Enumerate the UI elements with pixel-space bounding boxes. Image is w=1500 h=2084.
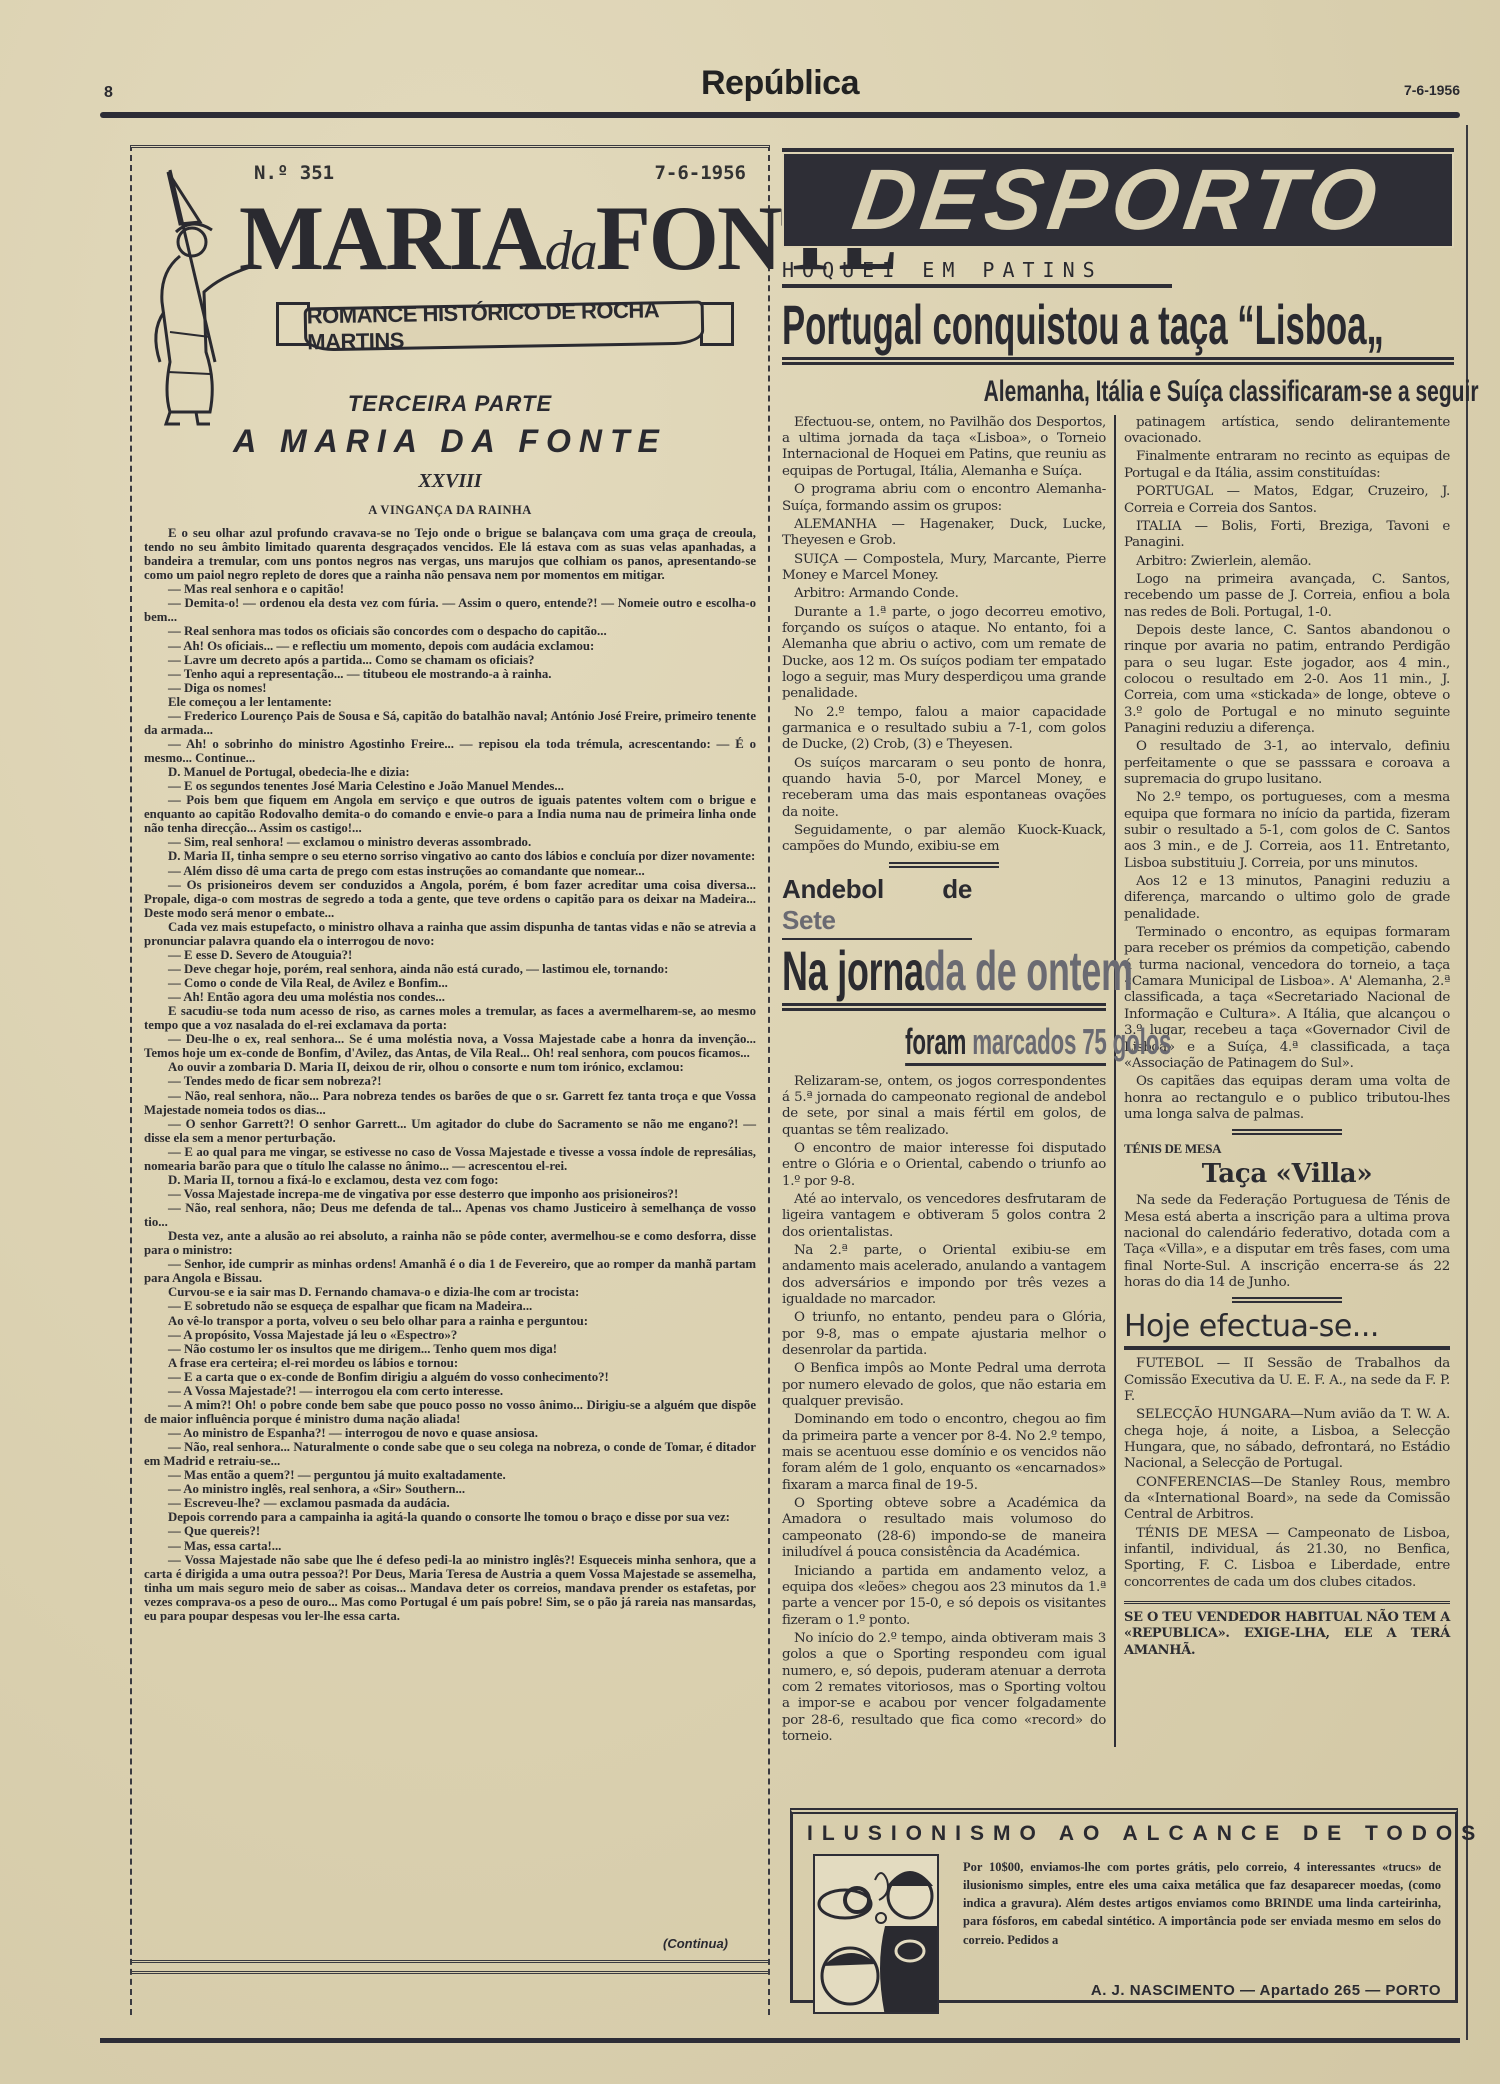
- serial-paragraph: — A mim?! Oh! o pobre conde bem sabe que…: [144, 1398, 756, 1426]
- ad-title: ILUSIONISMO AO ALCANCE DE TODOS: [807, 1822, 1441, 1846]
- serial-paragraph: — Ao ministro inglês, real senhora, a «S…: [144, 1482, 756, 1496]
- handball-paragraph: Iniciando a partida em andamento veloz, …: [782, 1564, 1106, 1629]
- serial-paragraph: — Não costumo ler os insultos que me dir…: [144, 1342, 756, 1356]
- hockey-paragraph: Efectuou-se, ontem, no Pavilhão dos Desp…: [782, 415, 1106, 480]
- serial-paragraph: Desta vez, ante a alusão ao rei absoluto…: [144, 1229, 756, 1257]
- hockey-paragraph: Durante a 1.ª parte, o jogo decorreu emo…: [782, 605, 1106, 703]
- hockey-paragraph: O programa abriu com o encontro Alemanha…: [782, 482, 1106, 515]
- serial-paragraph: — Ao ministro de Espanha?! — interrogou …: [144, 1426, 756, 1440]
- continua-label: (Continua): [663, 1936, 728, 1951]
- masthead-date: 7-6-1956: [1404, 82, 1460, 98]
- hockey-paragraph: Logo na primeira avançada, C. Santos, re…: [1124, 572, 1450, 621]
- sports-column-right: patinagem artística, sendo delirantement…: [1116, 415, 1450, 1747]
- handball-paragraph: Relizaram-se, ontem, os jogos correspond…: [782, 1074, 1106, 1139]
- serial-paragraph: — E esse D. Severo de Atouguia?!: [144, 948, 756, 962]
- serial-paragraph: — Vossa Majestade increpa-me de vingativ…: [144, 1187, 756, 1201]
- serial-novel: N.º 351 7-6-1956 MARIAdaFONTE ROMANCE HI…: [130, 145, 770, 2015]
- serial-paragraph: — Que quereis?!: [144, 1524, 756, 1538]
- sports-columns: Efectuou-se, ontem, no Pavilhão dos Desp…: [782, 415, 1454, 1747]
- table-tennis-kicker: TÉNIS DE MESA: [1124, 1141, 1450, 1157]
- hockey-paragraph: Terminado o encontro, as equipas formara…: [1124, 925, 1450, 1072]
- page-edge-rule: [1466, 125, 1468, 2040]
- today-item: CONFERENCIAS—De Stanley Rous, membro da …: [1124, 1475, 1450, 1524]
- serial-paragraph: — Os prisioneiros devem ser conduzidos a…: [144, 878, 756, 920]
- ad-body: Por 10$00, enviamos-lhe com portes gráti…: [963, 1858, 1441, 1949]
- handball-paragraph: O triunfo, no entanto, pendeu para o Gló…: [782, 1310, 1106, 1359]
- hockey-article-part2: patinagem artística, sendo delirantement…: [1124, 415, 1450, 1123]
- hockey-paragraph: Aos 12 e 13 minutos, Panagini reduziu a …: [1124, 874, 1450, 923]
- hockey-paragraph: Seguidamente, o par alemão Kuock-Kuack, …: [782, 823, 1106, 856]
- handball-paragraph: Dominando em todo o encontro, chegou ao …: [782, 1412, 1106, 1494]
- serial-paragraph: — Pois bem que fiquem em Angola em servi…: [144, 793, 756, 835]
- hockey-paragraph: No 2.º tempo, falou a maior capacidade g…: [782, 705, 1106, 754]
- masthead-rule: [100, 112, 1460, 118]
- serial-paragraph: E sacudiu-se toda num acesso de riso, as…: [144, 1004, 756, 1032]
- serial-paragraph: — Vossa Majestade não sabe que lhe é def…: [144, 1553, 756, 1623]
- hockey-paragraph: patinagem artística, sendo delirantement…: [1124, 415, 1450, 448]
- issue-date: 7-6-1956: [654, 162, 746, 184]
- hockey-paragraph: ALEMANHA — Hagenaker, Duck, Lucke, Theye…: [782, 517, 1106, 550]
- ad-address: A. J. NASCIMENTO — Apartado 265 — PORTO: [963, 1982, 1441, 1999]
- illusionism-advertisement: ILUSIONISMO AO ALCANCE DE TODOS Por 10$0…: [790, 1808, 1458, 2003]
- masthead: 8 República 7-6-1956: [100, 60, 1460, 120]
- hockey-paragraph: Finalmente entraram no recinto as equipa…: [1124, 449, 1450, 482]
- wavy-divider: [1232, 1129, 1342, 1135]
- headline-rule: [782, 357, 1454, 365]
- serial-paragraph: A frase era certeira; el-rei mordeu os l…: [144, 1356, 756, 1370]
- hockey-paragraph: SUIÇA — Compostela, Mury, Marcante, Pier…: [782, 552, 1106, 585]
- handball-paragraph: O encontro de maior interesse foi disput…: [782, 1141, 1106, 1190]
- serial-paragraph: — O senhor Garrett?! O senhor Garrett...…: [144, 1117, 756, 1145]
- serial-paragraph: — Deu-lhe o ex, real senhora... Se é uma…: [144, 1032, 756, 1060]
- hockey-paragraph: ITALIA — Bolis, Forti, Breziga, Tavoni e…: [1124, 519, 1450, 552]
- table-tennis-headline: Taça «Villa»: [1124, 1159, 1450, 1189]
- handball-subhead: foram marcados 75 golos: [905, 1021, 1106, 1066]
- serial-paragraph: — A Vossa Majestade?! — interrogou ela c…: [144, 1384, 756, 1398]
- chapter-title: A VINGANÇA DA RAINHA: [144, 503, 756, 518]
- serial-logo: MARIAdaFONTE ROMANCE HISTÓRICO DE ROCHA …: [144, 184, 756, 389]
- serial-paragraph: — Mas então a quem?! — perguntou já muit…: [144, 1468, 756, 1482]
- title-ribbon: ROMANCE HISTÓRICO DE ROCHA MARTINS: [304, 301, 705, 352]
- hockey-paragraph: PORTUGAL — Matos, Edgar, Cruzeiro, J. Co…: [1124, 484, 1450, 517]
- serial-paragraph: — Deve chegar hoje, porém, real senhora,…: [144, 962, 756, 976]
- serial-paragraph: — E sobretudo não se esqueça de espalhar…: [144, 1299, 756, 1313]
- wavy-divider: [1232, 1297, 1342, 1303]
- handball-kicker: Andebol de Sete: [782, 874, 972, 940]
- hockey-paragraph: O resultado de 3-1, ao intervalo, defini…: [1124, 739, 1450, 788]
- serial-paragraph: Ao ouvir a zombaria D. Maria II, deixou …: [144, 1060, 756, 1074]
- vendor-notice: SE O TEU VENDEDOR HABITUAL NÃO TEM A «RE…: [1124, 1601, 1450, 1659]
- serial-paragraph: — Escreveu-lhe? — exclamou pasmada da au…: [144, 1496, 756, 1510]
- serial-paragraph: — E os segundos tenentes José Maria Cele…: [144, 779, 756, 793]
- handball-paragraph: Na 2.ª parte, o Oriental exibiu-se em an…: [782, 1243, 1106, 1308]
- serial-paragraph: — Ah! Os oficiais... — e reflectiu um mo…: [144, 639, 756, 653]
- today-item: SELECÇÃO HUNGARA—Num avião da T. W. A. c…: [1124, 1407, 1450, 1472]
- hockey-article-part1: Efectuou-se, ontem, no Pavilhão dos Desp…: [782, 415, 1106, 856]
- issue-number: N.º 351: [254, 162, 334, 184]
- serial-paragraph: — Mas, essa carta!...: [144, 1539, 756, 1553]
- serial-paragraph: — Demita-o! — ordenou ela desta vez com …: [144, 596, 756, 624]
- handball-paragraph: No início do 2.º tempo, ainda obtiveram …: [782, 1631, 1106, 1745]
- serial-paragraph: D. Manuel de Portugal, obedecia-lhe e di…: [144, 765, 756, 779]
- serial-paragraph: D. Maria II, tinha sempre o seu eterno s…: [144, 849, 756, 863]
- hockey-paragraph: Depois deste lance, C. Santos abandonou …: [1124, 623, 1450, 737]
- serial-paragraph: — Frederico Lourenço Pais de Sousa e Sá,…: [144, 709, 756, 737]
- wavy-divider: [889, 862, 999, 868]
- handball-paragraph: Até ao intervalo, os vencedores desfruta…: [782, 1192, 1106, 1241]
- serial-paragraph: D. Maria II, tornou a fixá-lo e exclamou…: [144, 1173, 756, 1187]
- serial-paragraph: — Real senhora mas todos os oficiais são…: [144, 624, 756, 638]
- serial-paragraph: — Sim, real senhora! — exclamou o minist…: [144, 835, 756, 849]
- serial-paragraph: Cada vez mais estupefacto, o ministro ol…: [144, 920, 756, 948]
- serial-paragraph: — Ah! Então agora deu uma moléstia nos c…: [144, 990, 756, 1004]
- today-item: TÉNIS DE MESA — Campeonato de Lisboa, in…: [1124, 1526, 1450, 1591]
- desporto-banner: DESPORTO: [782, 148, 1454, 248]
- serial-paragraph: Curvou-se e ia sair mas D. Fernando cham…: [144, 1285, 756, 1299]
- today-headline: Hoje efectua-se...: [1124, 1309, 1450, 1350]
- serial-paragraph: — Tenho aqui a representação... — titube…: [144, 667, 756, 681]
- ribbon-end-right: [700, 302, 734, 346]
- section-title: DESPORTO: [847, 151, 1388, 250]
- serial-paragraph: — Não, real senhora... Naturalmente o co…: [144, 1440, 756, 1468]
- handball-rule: [782, 1003, 1106, 1011]
- hockey-headline: Portugal conquistou a taça “Lisboa„: [782, 296, 1199, 355]
- serial-paragraph: — E ao qual para me vingar, se estivesse…: [144, 1145, 756, 1173]
- chapter-number: XXVIII: [144, 470, 756, 493]
- serial-paragraph: — Senhor, ide cumprir as minhas ordens! …: [144, 1257, 756, 1285]
- serial-paragraph: — Tendes medo de ficar sem nobreza?!: [144, 1074, 756, 1088]
- hockey-paragraph: No 2.º tempo, os portugueses, com a mesm…: [1124, 790, 1450, 872]
- serial-paragraph: — Além disso dê uma carta de prego com e…: [144, 864, 756, 878]
- handball-paragraph: O Benfica impôs ao Monte Pedral uma derr…: [782, 1361, 1106, 1410]
- hockey-paragraph: Arbitro: Zwierlein, alemão.: [1124, 554, 1450, 570]
- serial-paragraph: Ao vê-lo transpor a porta, volveu o seu …: [144, 1314, 756, 1328]
- serial-paragraph: E o seu olhar azul profundo cravava-se n…: [144, 526, 756, 582]
- hockey-subhead: Alemanha, Itália e Suíça classificaram-s…: [984, 375, 1454, 409]
- serial-body: E o seu olhar azul profundo cravava-se n…: [144, 526, 756, 1623]
- serial-paragraph: — Não, real senhora, não... Para nobreza…: [144, 1089, 756, 1117]
- today-list: FUTEBOL — II Sessão de Trabalhos da Comi…: [1124, 1356, 1450, 1591]
- serial-paragraph: — Não, real senhora, não; Deus me defend…: [144, 1201, 756, 1229]
- hockey-paragraph: Arbitro: Armando Conde.: [782, 586, 1106, 602]
- serial-paragraph: — Diga os nomes!: [144, 681, 756, 695]
- handball-article: Relizaram-se, ontem, os jogos correspond…: [782, 1074, 1106, 1746]
- handball-paragraph: O Sporting obteve sobre a Académica da A…: [782, 1496, 1106, 1561]
- handball-headline: Na jornada de ontem: [782, 942, 989, 1001]
- serial-paragraph: — Como o conde de Vila Real, de Avilez e…: [144, 976, 756, 990]
- sports-section: DESPORTO HOQUEI EM PATINS Portugal conqu…: [782, 148, 1454, 2028]
- hockey-paragraph: Os capitães das equipas deram uma volta …: [1124, 1074, 1450, 1123]
- hockey-kicker: HOQUEI EM PATINS: [782, 258, 1172, 288]
- newspaper-name: República: [100, 64, 1460, 103]
- serial-paragraph: Ele começou a ler lentamente:: [144, 695, 756, 709]
- sports-column-left: Efectuou-se, ontem, no Pavilhão dos Desp…: [782, 415, 1116, 1747]
- today-item: FUTEBOL — II Sessão de Trabalhos da Comi…: [1124, 1356, 1450, 1405]
- serial-paragraph: — Lavre um decreto após a partida... Com…: [144, 653, 756, 667]
- serial-bottom-border: [130, 1960, 770, 1974]
- serial-paragraph: — Ah! o sobrinho do ministro Agostinho F…: [144, 737, 756, 765]
- table-tennis-article: Na sede da Federação Portuguesa de Ténis…: [1124, 1193, 1450, 1291]
- serial-paragraph: — E a carta que o ex-conde de Bonfim dir…: [144, 1370, 756, 1384]
- magician-illustration-icon: [813, 1854, 939, 2014]
- serial-paragraph: Depois correndo para a campainha ia agit…: [144, 1510, 756, 1524]
- maria-da-fonte-figure-icon: [140, 162, 250, 432]
- serial-paragraph: — Mas real senhora e o capitão!: [144, 582, 756, 596]
- hockey-paragraph: Os suíços marcaram o seu ponto de honra,…: [782, 756, 1106, 821]
- page-bottom-rule: [100, 2038, 1460, 2043]
- serial-paragraph: — A propósito, Vossa Majestade já leu o …: [144, 1328, 756, 1342]
